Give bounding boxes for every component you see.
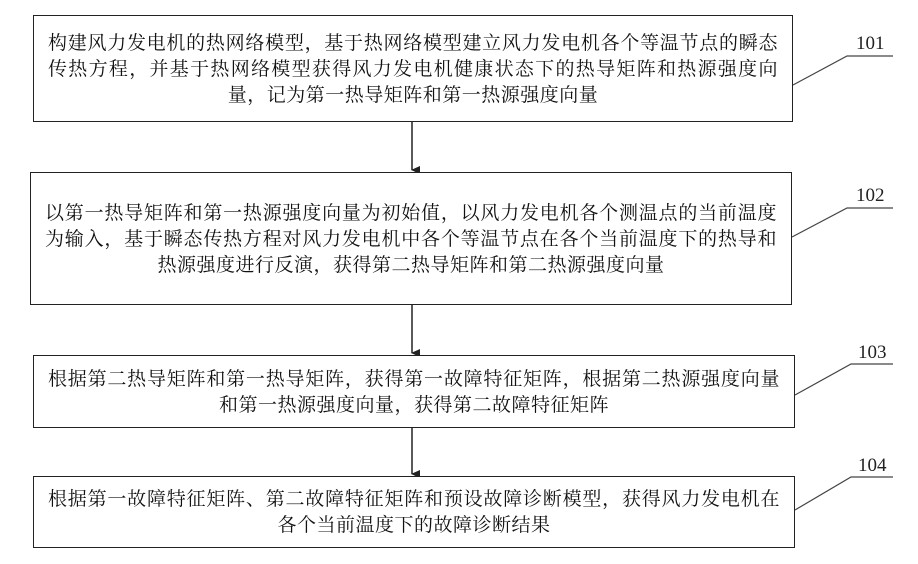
leader-102 — [792, 208, 893, 237]
step-text-101: 构建风力发电机的热网络模型，基于热网络模型建立风力发电机各个等温节点的瞬态传热方… — [48, 30, 778, 108]
step-box-101: 构建风力发电机的热网络模型，基于热网络模型建立风力发电机各个等温节点的瞬态传热方… — [33, 15, 793, 122]
step-label-101: 101 — [856, 33, 885, 55]
leader-103 — [795, 364, 893, 395]
step-text-102: 以第一热导矩阵和第一热源强度向量为初始值，以风力发电机各个测温点的当前温度为输入… — [45, 200, 777, 278]
step-text-103: 根据第二热导矩阵和第一热导矩阵，获得第一故障特征矩阵，根据第二热源强度向量和第一… — [48, 366, 780, 418]
step-text-104: 根据第一故障特征矩阵、第二故障特征矩阵和预设故障诊断模型，获得风力发电机在各个当… — [48, 486, 780, 538]
step-label-104: 104 — [858, 455, 887, 477]
step-label-103: 103 — [858, 342, 887, 364]
step-box-104: 根据第一故障特征矩阵、第二故障特征矩阵和预设故障诊断模型，获得风力发电机在各个当… — [33, 476, 795, 548]
step-label-102: 102 — [856, 185, 885, 207]
leader-101 — [793, 56, 893, 85]
step-box-103: 根据第二热导矩阵和第一热导矩阵，获得第一故障特征矩阵，根据第二热源强度向量和第一… — [33, 355, 795, 428]
step-box-102: 以第一热导矩阵和第一热源强度向量为初始值，以风力发电机各个测温点的当前温度为输入… — [30, 172, 792, 305]
leader-104 — [795, 477, 893, 510]
